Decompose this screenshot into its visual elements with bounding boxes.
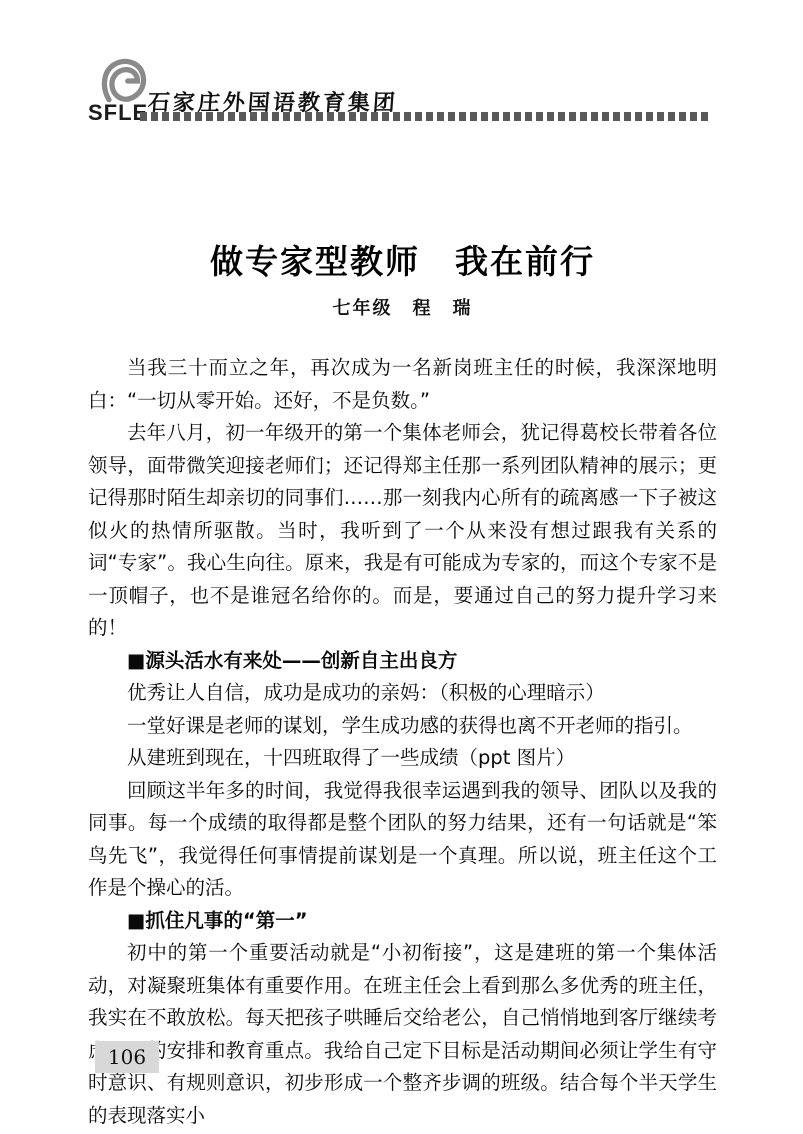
section-heading: ■源头活水有来处——创新自主出良方: [88, 645, 717, 678]
paragraph: 优秀让人自信，成功是成功的亲妈：（积极的心理暗示）: [88, 677, 717, 710]
paragraph: 一堂好课是老师的谋划，学生成功感的获得也离不开老师的指引。: [88, 710, 717, 743]
page-number: 106: [108, 1045, 146, 1069]
sfle-swirl-g-icon: [100, 56, 148, 106]
paragraph: 去年八月，初一年级开的第一个集体老师会，犹记得葛校长带着各位领导，面带微笑迎接老…: [88, 417, 717, 645]
paragraph: 初中的第一个重要活动就是“小初衔接”，这是建班的第一个集体活动，对凝聚班集体有重…: [88, 937, 717, 1132]
section-heading: ■抓住凡事的“第一”: [88, 905, 717, 938]
article-body: 当我三十而立之年，再次成为一名新岗班主任的时候，我深深地明白：“一切从零开始。还…: [88, 352, 717, 1132]
header-dashed-rule: [140, 112, 710, 121]
page-title: 做专家型教师 我在前行: [88, 236, 717, 283]
paragraph: 回顾这半年多的时间，我觉得我很幸运遇到我的领导、团队以及我的同事。每一个成绩的取…: [88, 775, 717, 905]
page-number-badge: 106: [95, 1041, 159, 1073]
paragraph: 从建班到现在，十四班取得了一些成绩（ppt 图片）: [88, 742, 717, 775]
document-page: SFLE 石家庄外国语教育集团 做专家型教师 我在前行 七年级 程 瑞 当我三十…: [0, 0, 803, 1134]
paragraph: 当我三十而立之年，再次成为一名新岗班主任的时候，我深深地明白：“一切从零开始。还…: [88, 352, 717, 417]
author-byline: 七年级 程 瑞: [88, 294, 717, 320]
